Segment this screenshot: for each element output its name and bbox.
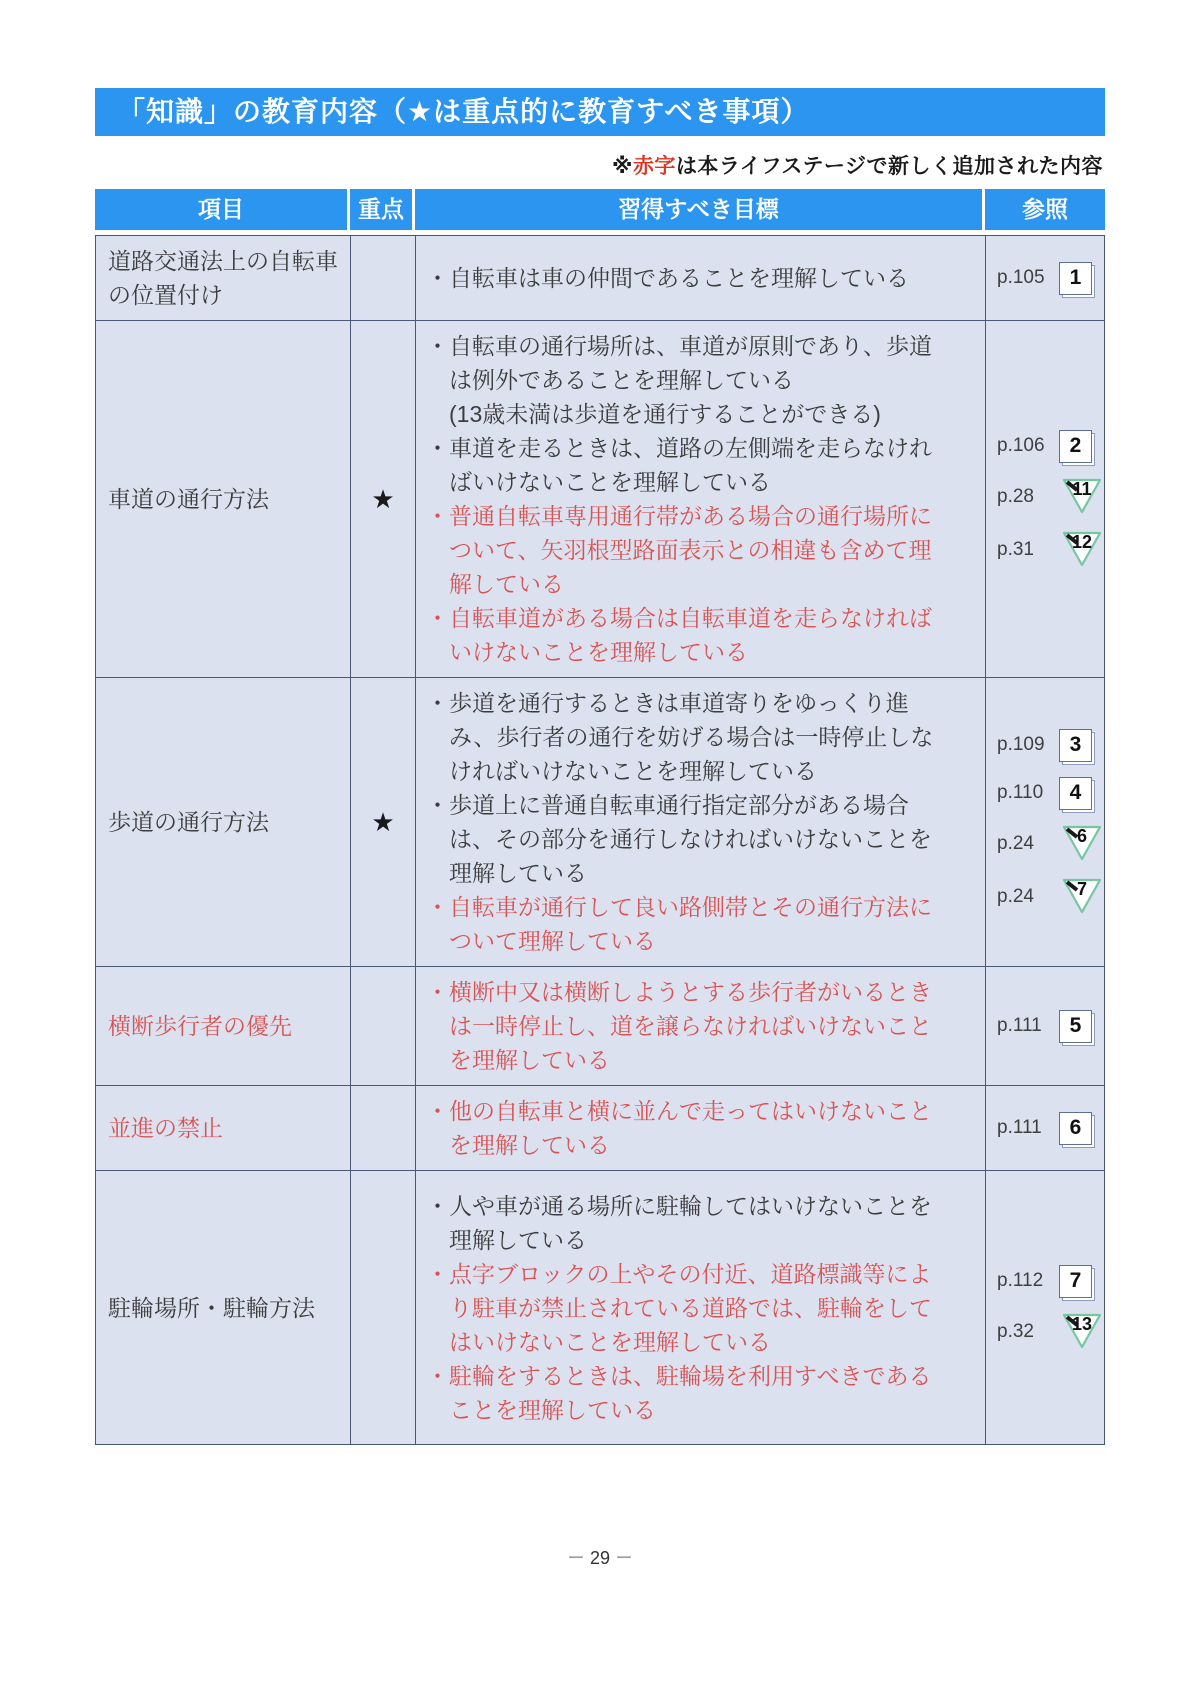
square-badge: 1 (1059, 262, 1092, 295)
goals-cell: ・横断中又は横断しようとする歩行者がいるときは一時停止し、道を譲らなければいけな… (416, 967, 986, 1085)
table-row: 歩道の通行方法★・歩道を通行するときは車道寄りをゆっくり進み、歩行者の通行を妨げ… (96, 678, 1104, 967)
goal-line: ・人や車が通る場所に駐輪してはいけないことを理解している (426, 1189, 939, 1257)
note-rest: は本ライフステージで新しく追加された内容 (676, 155, 1103, 178)
refs-cell: p.1051 (986, 236, 1105, 320)
square-badge: 7 (1059, 1265, 1092, 1298)
document-page: 「知識」の教育内容（★は重点的に教育すべき事項） ※赤字は本ライフステージで新し… (95, 88, 1105, 1445)
goal-line: ・歩道を通行するときは車道寄りをゆっくり進み、歩行者の通行を妨げる場合は一時停止… (426, 686, 939, 788)
ref-page-label: p.110 (997, 782, 1051, 804)
goals-cell: ・歩道を通行するときは車道寄りをゆっくり進み、歩行者の通行を妨げる場合は一時停止… (416, 678, 986, 966)
page-reference: p.1127 (997, 1265, 1105, 1298)
table-body: 道路交通法上の自転車の位置付け・自転車は車の仲間であることを理解しているp.10… (95, 235, 1105, 1445)
page-reference: p.1115 (997, 1010, 1105, 1043)
ref-page-label: p.31 (997, 539, 1051, 561)
refs-cell: p.1093p.1104p.246p.247 (986, 678, 1105, 966)
column-header-goals: 習得すべき目標 (415, 189, 985, 230)
ref-page-label: p.32 (997, 1321, 1051, 1343)
ref-page-label: p.24 (997, 886, 1051, 908)
page-reference: p.247 (997, 878, 1105, 916)
emphasis-cell (351, 967, 416, 1085)
ref-page-label: p.111 (997, 1117, 1051, 1139)
emphasis-cell (351, 1086, 416, 1170)
item-cell: 道路交通法上の自転車の位置付け (96, 236, 351, 320)
ref-page-label: p.28 (997, 486, 1051, 508)
square-badge: 4 (1059, 777, 1092, 810)
legend-note: ※赤字は本ライフステージで新しく追加された内容 (95, 150, 1103, 180)
column-header-emphasis: 重点 (350, 189, 415, 230)
square-badge: 6 (1059, 1112, 1092, 1145)
emphasis-cell: ★ (351, 678, 416, 966)
table-header-row: 項目 重点 習得すべき目標 参照 (95, 189, 1105, 230)
ref-page-label: p.112 (997, 1270, 1051, 1292)
column-header-reference: 参照 (985, 189, 1105, 230)
item-cell: 横断歩行者の優先 (96, 967, 351, 1085)
ref-number: 13 (1061, 1314, 1103, 1335)
ref-number: 7 (1061, 879, 1103, 900)
table-row: 車道の通行方法★・自転車の通行場所は、車道が原則であり、歩道は例外であることを理… (96, 321, 1104, 678)
ref-page-label: p.105 (997, 267, 1051, 289)
refs-cell: p.1115 (986, 967, 1105, 1085)
page-reference: p.1062 (997, 430, 1105, 463)
goals-cell: ・自転車は車の仲間であることを理解している (416, 236, 986, 320)
emphasis-cell (351, 1171, 416, 1444)
ref-number: 11 (1061, 479, 1103, 500)
triangle-badge: 11 (1061, 478, 1103, 516)
page-title: 「知識」の教育内容（★は重点的に教育すべき事項） (95, 88, 1105, 136)
item-cell: 並進の禁止 (96, 1086, 351, 1170)
table-row: 並進の禁止・他の自転車と横に並んで走ってはいけないことを理解しているp.1116 (96, 1086, 1104, 1171)
goal-line: ・自転車は車の仲間であることを理解している (426, 261, 939, 295)
ref-number: 12 (1061, 532, 1103, 553)
page-reference: p.246 (997, 825, 1105, 863)
triangle-badge: 12 (1061, 531, 1103, 569)
page-reference: p.1104 (997, 777, 1105, 810)
goal-line: ・横断中又は横断しようとする歩行者がいるときは一時停止し、道を譲らなければいけな… (426, 975, 939, 1077)
goal-line: ・歩道上に普通自転車通行指定部分がある場合は、その部分を通行しなければいけないこ… (426, 788, 939, 890)
star-icon: ★ (371, 807, 394, 838)
square-badge: 5 (1059, 1010, 1092, 1043)
goal-line: ・駐輪をするときは、駐輪場を利用すべきであることを理解している (426, 1359, 939, 1427)
ref-page-label: p.106 (997, 435, 1051, 457)
goal-line: ・点字ブロックの上やその付近、道路標識等により駐車が禁止されている道路では、駐輪… (426, 1257, 939, 1359)
goals-cell: ・他の自転車と横に並んで走ってはいけないことを理解している (416, 1086, 986, 1170)
note-prefix: ※ (612, 155, 633, 178)
item-cell: 歩道の通行方法 (96, 678, 351, 966)
square-badge: 2 (1059, 430, 1092, 463)
page-reference: p.3213 (997, 1313, 1105, 1351)
page-reference: p.1093 (997, 729, 1105, 762)
table-row: 横断歩行者の優先・横断中又は横断しようとする歩行者がいるときは一時停止し、道を譲… (96, 967, 1104, 1086)
education-content-table: 項目 重点 習得すべき目標 参照 道路交通法上の自転車の位置付け・自転車は車の仲… (95, 189, 1105, 1445)
goal-line: ・他の自転車と横に並んで走ってはいけないことを理解している (426, 1094, 939, 1162)
goal-line: ・普通自転車専用通行帯がある場合の通行場所について、矢羽根型路面表示との相違も含… (426, 499, 939, 601)
column-header-item: 項目 (95, 189, 350, 230)
ref-page-label: p.24 (997, 833, 1051, 855)
page-reference: p.3112 (997, 531, 1105, 569)
page-reference: p.2811 (997, 478, 1105, 516)
item-cell: 車道の通行方法 (96, 321, 351, 677)
ref-page-label: p.111 (997, 1015, 1051, 1037)
note-red-word: 赤字 (633, 155, 676, 178)
emphasis-cell (351, 236, 416, 320)
page-title-text: 「知識」の教育内容（★は重点的に教育すべき事項） (117, 96, 810, 127)
table-row: 道路交通法上の自転車の位置付け・自転車は車の仲間であることを理解しているp.10… (96, 236, 1104, 321)
table-row: 駐輪場所・駐輪方法・人や車が通る場所に駐輪してはいけないことを理解している・点字… (96, 1171, 1104, 1444)
triangle-badge: 7 (1061, 878, 1103, 916)
page-number: － 29 － (0, 1544, 1200, 1570)
page-reference: p.1116 (997, 1112, 1105, 1145)
item-cell: 駐輪場所・駐輪方法 (96, 1171, 351, 1444)
triangle-badge: 6 (1061, 825, 1103, 863)
refs-cell: p.1116 (986, 1086, 1105, 1170)
page-reference: p.1051 (997, 262, 1105, 295)
star-icon: ★ (371, 484, 394, 515)
emphasis-cell: ★ (351, 321, 416, 677)
square-badge: 3 (1059, 729, 1092, 762)
goals-cell: ・人や車が通る場所に駐輪してはいけないことを理解している・点字ブロックの上やその… (416, 1171, 986, 1444)
goal-line: ・車道を走るときは、道路の左側端を走らなければいけないことを理解している (426, 431, 939, 499)
refs-cell: p.1062p.2811p.3112 (986, 321, 1105, 677)
goal-line: ・自転車の通行場所は、車道が原則であり、歩道は例外であることを理解している (426, 329, 939, 397)
ref-page-label: p.109 (997, 734, 1051, 756)
ref-number: 6 (1061, 826, 1103, 847)
goal-line: ・自転車が通行して良い路側帯とその通行方法について理解している (426, 890, 939, 958)
triangle-badge: 13 (1061, 1313, 1103, 1351)
goal-line: (13歳未満は歩道を通行することができる) (426, 397, 939, 431)
refs-cell: p.1127p.3213 (986, 1171, 1105, 1444)
goals-cell: ・自転車の通行場所は、車道が原則であり、歩道は例外であることを理解している(13… (416, 321, 986, 677)
goal-line: ・自転車道がある場合は自転車道を走らなければいけないことを理解している (426, 601, 939, 669)
